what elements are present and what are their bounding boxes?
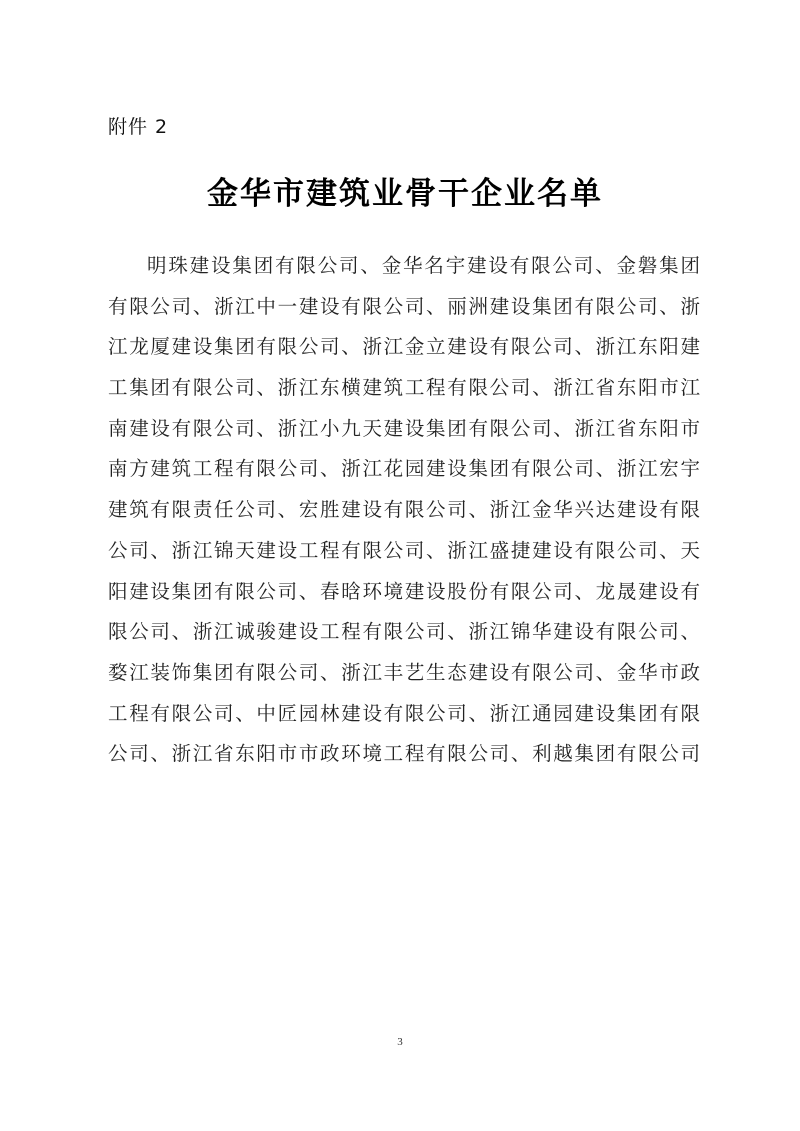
company-list-paragraph: 明珠建设集团有限公司、金华名宇建设有限公司、金磐集团 有限公司、浙江中一建设有限… bbox=[108, 246, 700, 775]
paragraph-line: 阳建设集团有限公司、春晗环境建设股份有限公司、龙晟建设有 bbox=[108, 572, 700, 613]
paragraph-line: 明珠建设集团有限公司、金华名宇建设有限公司、金磐集团 bbox=[108, 246, 700, 287]
paragraph-line: 南建设有限公司、浙江小九天建设集团有限公司、浙江省东阳市 bbox=[108, 409, 700, 450]
paragraph-line: 建筑有限责任公司、宏胜建设有限公司、浙江金华兴达建设有限 bbox=[108, 490, 700, 531]
document-page: 附件 2 金华市建筑业骨干企业名单 明珠建设集团有限公司、金华名宇建设有限公司、… bbox=[0, 0, 800, 1131]
paragraph-line: 有限公司、浙江中一建设有限公司、丽洲建设集团有限公司、浙 bbox=[108, 287, 700, 328]
paragraph-line: 婺江装饰集团有限公司、浙江丰艺生态建设有限公司、金华市政 bbox=[108, 653, 700, 694]
paragraph-line: 限公司、浙江诚骏建设工程有限公司、浙江锦华建设有限公司、 bbox=[108, 612, 700, 653]
page-number: 3 bbox=[0, 1036, 800, 1048]
document-title: 金华市建筑业骨干企业名单 bbox=[0, 168, 800, 213]
paragraph-line: 公司、浙江省东阳市市政环境工程有限公司、利越集团有限公司 bbox=[108, 734, 700, 775]
paragraph-line: 工集团有限公司、浙江东横建筑工程有限公司、浙江省东阳市江 bbox=[108, 368, 700, 409]
paragraph-line: 工程有限公司、中匠园林建设有限公司、浙江通园建设集团有限 bbox=[108, 694, 700, 735]
attachment-label: 附件 2 bbox=[108, 112, 168, 139]
paragraph-line: 南方建筑工程有限公司、浙江花园建设集团有限公司、浙江宏宇 bbox=[108, 449, 700, 490]
paragraph-line: 江龙厦建设集团有限公司、浙江金立建设有限公司、浙江东阳建 bbox=[108, 327, 700, 368]
paragraph-line: 公司、浙江锦天建设工程有限公司、浙江盛捷建设有限公司、天 bbox=[108, 531, 700, 572]
